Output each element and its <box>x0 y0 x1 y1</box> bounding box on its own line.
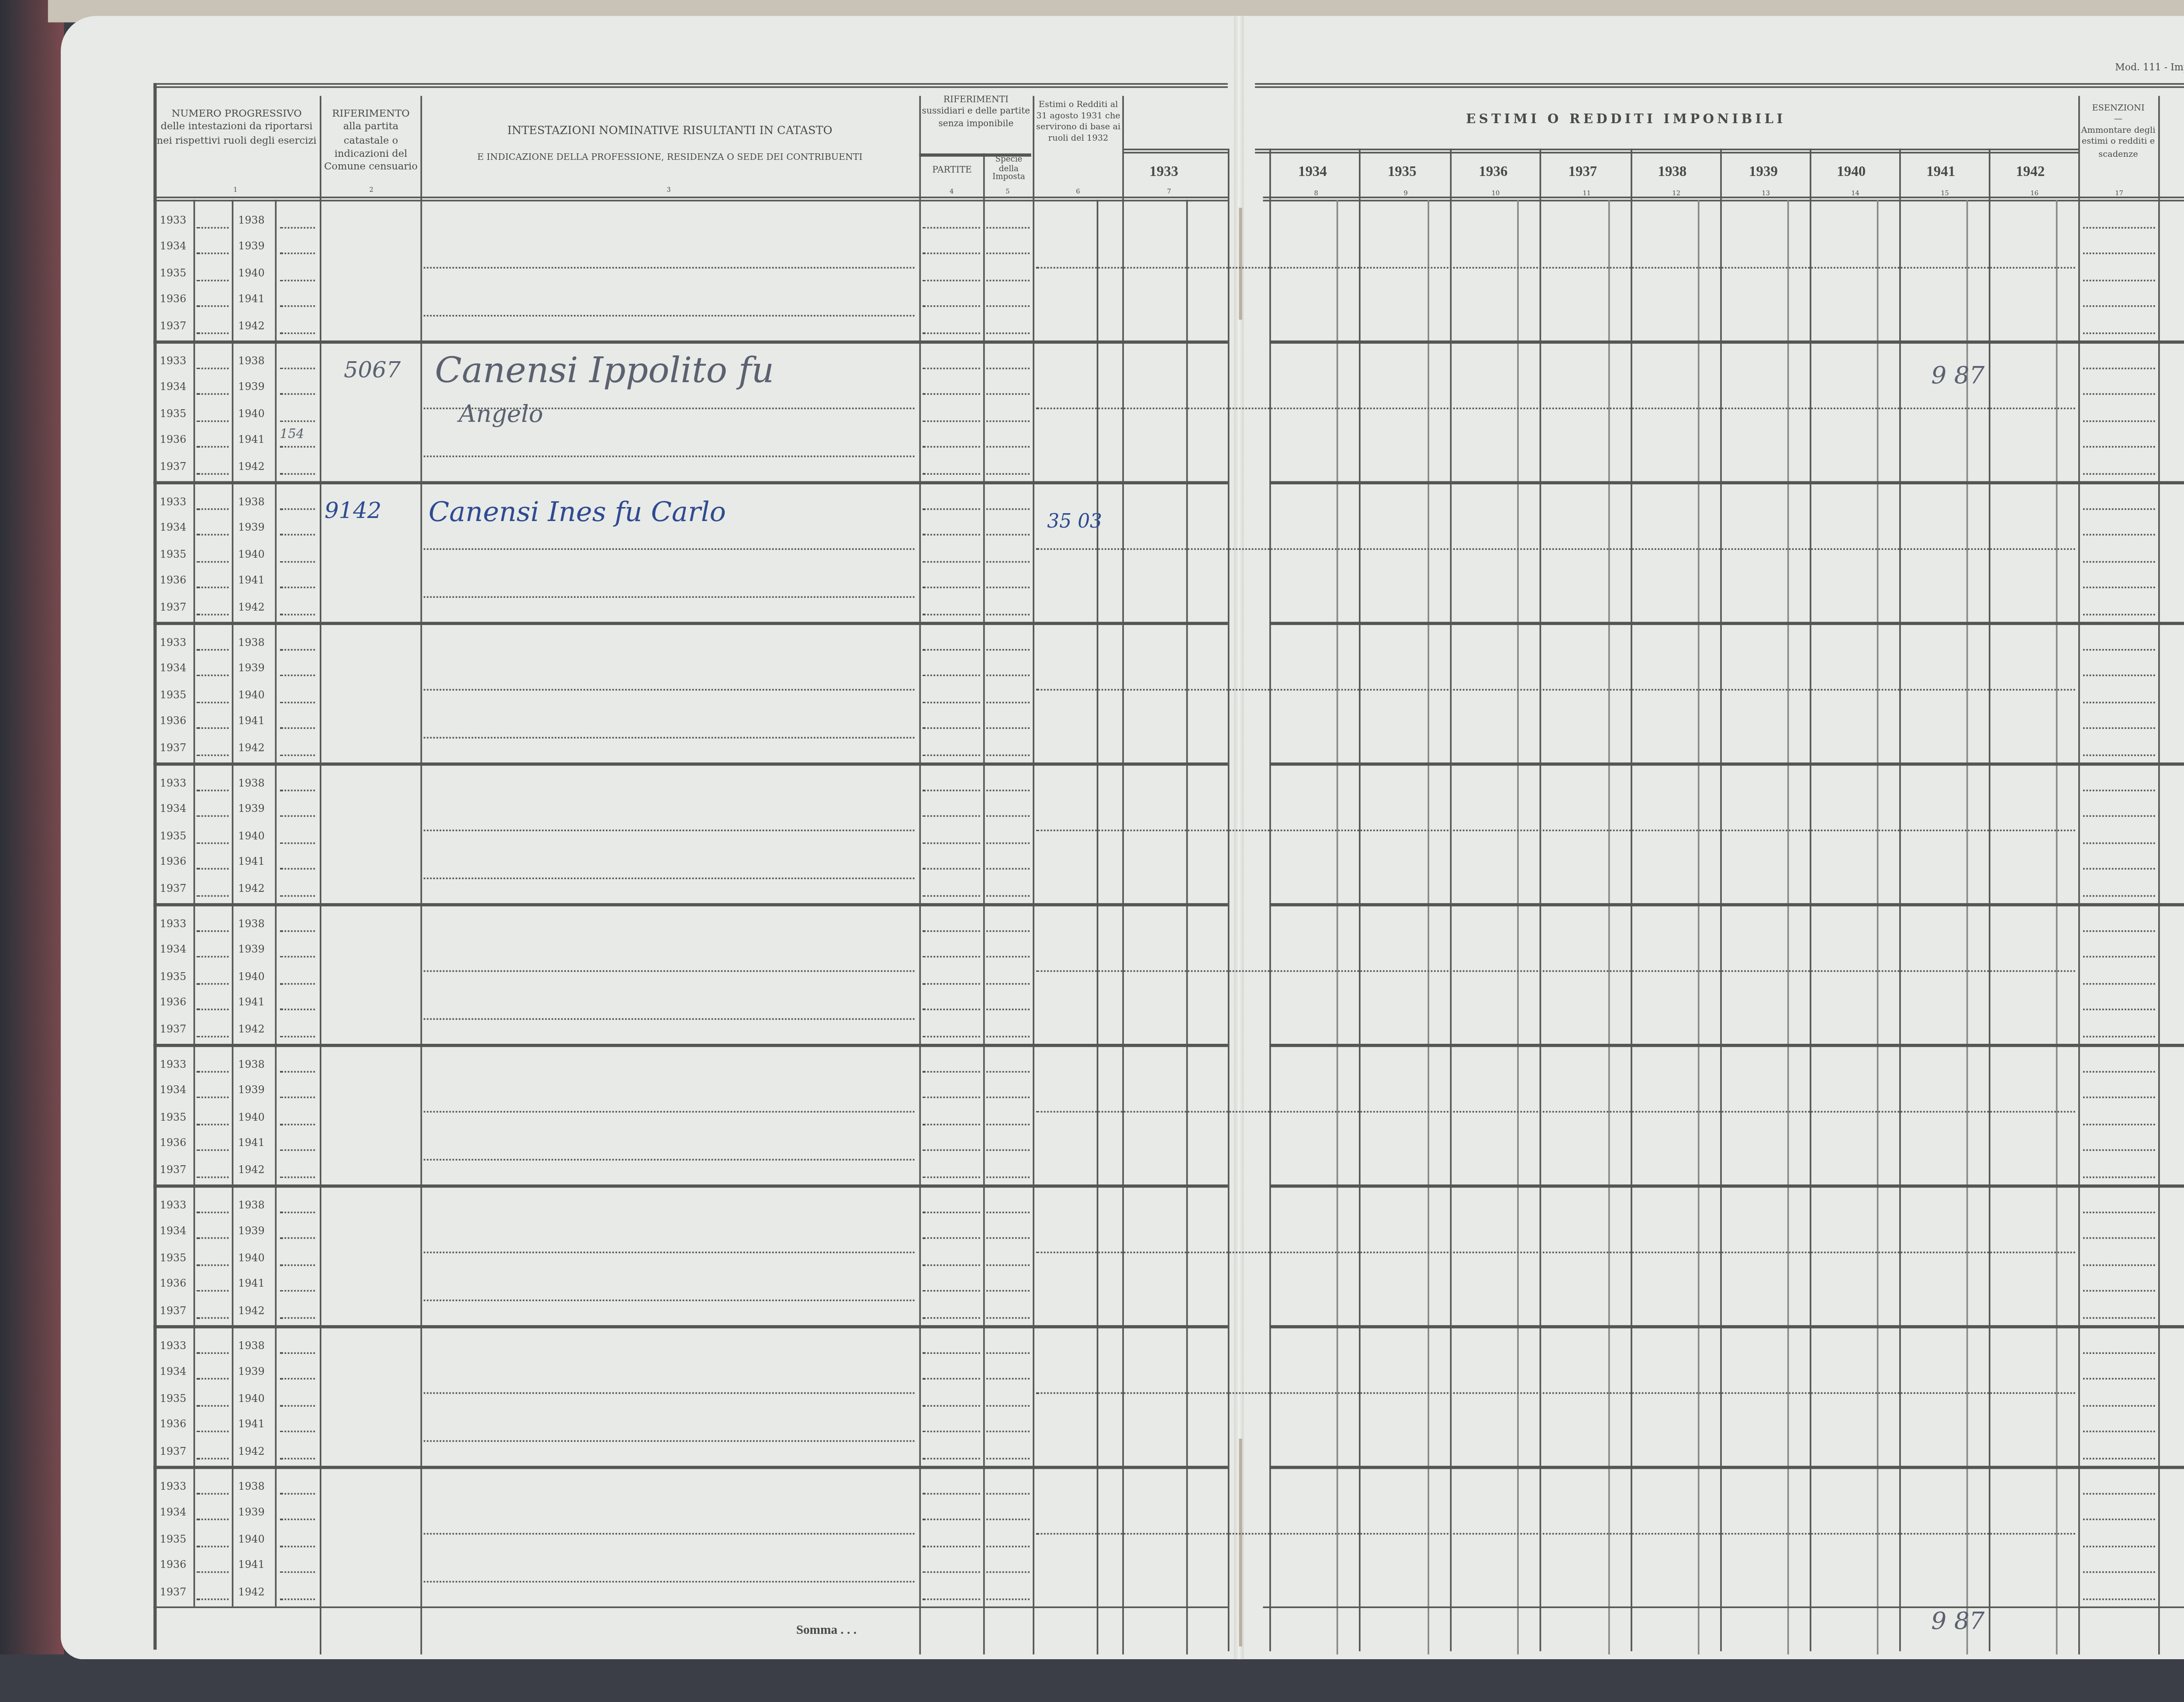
header-col5: Specie della Imposta <box>985 157 1033 183</box>
header-year-1941: 1941 <box>1926 165 1955 179</box>
dotted-line <box>923 306 980 307</box>
header-col17-sub: Ammontare degli estimi o redditi e scade… <box>2080 127 2157 161</box>
header-sub-line-estimi <box>1255 148 2078 153</box>
dotted-line <box>280 1598 315 1600</box>
row-year-right: 1942 <box>238 1446 265 1457</box>
entry-partita: 5067 <box>344 360 401 382</box>
dotted-line <box>197 1519 228 1521</box>
row-year-right: 1939 <box>238 804 265 815</box>
dotted-line <box>2083 790 2155 791</box>
dotted-line <box>923 842 980 844</box>
col-number: 13 <box>1762 190 1770 197</box>
row-year-left: 1936 <box>160 998 187 1008</box>
dotted-line <box>280 473 315 474</box>
dotted-line <box>197 280 228 281</box>
col-number: 7 <box>1167 189 1171 195</box>
dotted-line <box>2083 1123 2155 1125</box>
row-year-left: 1934 <box>160 1086 187 1097</box>
dotted-line <box>197 420 228 422</box>
name-writing-line <box>424 1392 915 1394</box>
row-year-right: 1939 <box>238 242 265 252</box>
row-year-right: 1941 <box>238 1420 265 1430</box>
dotted-line <box>2083 280 2155 281</box>
row-year-right: 1941 <box>238 857 265 867</box>
cents-sep <box>1966 200 1968 1655</box>
name-writing-line <box>424 456 915 457</box>
col-sep <box>1122 96 1124 1655</box>
dotted-line <box>197 508 228 510</box>
row-group-divider <box>153 481 1228 484</box>
dotted-line <box>2083 1009 2155 1011</box>
header-year-1938: 1938 <box>1658 165 1686 179</box>
dotted-line <box>280 1071 315 1073</box>
dotted-line <box>986 1238 1030 1239</box>
row-group-divider <box>1269 481 2184 484</box>
dotted-line <box>2083 1212 2155 1213</box>
dotted-line <box>986 587 1030 589</box>
dotted-line <box>986 1212 1030 1213</box>
row-year-right: 1939 <box>238 1086 265 1097</box>
footer-line <box>1263 1606 2184 1608</box>
row-year-right: 1940 <box>238 972 265 982</box>
row-year-right: 1939 <box>238 945 265 956</box>
form-id: Mod. 111 - Imposte Dirette (Intercalare)… <box>2115 64 2184 73</box>
col-sep <box>2158 96 2160 1655</box>
name-writing-line <box>424 1159 915 1161</box>
header-year-1937: 1937 <box>1568 165 1597 179</box>
dotted-line <box>2083 701 2155 703</box>
dotted-line <box>923 368 980 369</box>
dotted-line <box>2083 446 2155 448</box>
dotted-line <box>280 1545 315 1547</box>
entry-value-col6: 35 03 <box>1047 511 1102 531</box>
col-sep <box>1269 148 1271 1651</box>
row-year-left: 1937 <box>160 1305 187 1316</box>
row-year-left: 1936 <box>160 576 187 586</box>
row-year-left: 1935 <box>160 690 187 701</box>
dotted-line <box>197 561 228 563</box>
dotted-line <box>280 420 315 422</box>
name-writing-line <box>424 1018 915 1020</box>
dotted-line <box>986 868 1030 870</box>
dotted-line <box>2083 1264 2155 1266</box>
dotted-line <box>923 1598 980 1600</box>
dotted-line <box>197 842 228 844</box>
dotted-line <box>923 956 980 958</box>
dotted-line <box>923 1571 980 1573</box>
col-sep <box>421 96 422 1655</box>
dotted-line <box>197 894 228 896</box>
col-number: 16 <box>2030 190 2039 197</box>
dotted-line <box>2083 1290 2155 1292</box>
row-year-right: 1940 <box>238 549 265 560</box>
dotted-line <box>2083 983 2155 984</box>
dotted-line <box>986 368 1030 369</box>
dotted-line <box>986 701 1030 703</box>
row-year-right: 1941 <box>238 716 265 727</box>
dotted-line <box>280 956 315 958</box>
dotted-line <box>197 1545 228 1547</box>
row-year-right: 1938 <box>238 919 265 930</box>
value-writing-line <box>1036 548 2075 550</box>
row-year-left: 1934 <box>160 242 187 252</box>
dotted-line <box>197 983 228 984</box>
dotted-line <box>197 306 228 307</box>
row-year-left: 1937 <box>160 602 187 612</box>
right-page <box>1239 16 2184 1659</box>
row-year-right: 1938 <box>238 497 265 507</box>
col-sep <box>1631 148 1632 1651</box>
row-year-left: 1933 <box>160 778 187 789</box>
cents-sep <box>1427 200 1429 1655</box>
dotted-line <box>197 253 228 255</box>
value-writing-line <box>1036 830 2075 832</box>
binding-thread <box>1239 1439 1242 1647</box>
dotted-line <box>986 1009 1030 1011</box>
name-writing-line <box>424 737 915 739</box>
row-year-right: 1940 <box>238 268 265 279</box>
row-year-right: 1942 <box>238 1165 265 1175</box>
dotted-line <box>280 1290 315 1292</box>
dotted-line <box>280 842 315 844</box>
row-year-left: 1934 <box>160 1508 187 1519</box>
dotted-line <box>280 1009 315 1011</box>
row-year-left: 1936 <box>160 1420 187 1430</box>
dotted-line <box>923 473 980 474</box>
cents-sep <box>1698 200 1700 1655</box>
row-year-left: 1935 <box>160 1394 187 1404</box>
row-year-right: 1941 <box>238 435 265 445</box>
dotted-line <box>923 1545 980 1547</box>
dotted-line <box>2083 1457 2155 1459</box>
header-col1: NUMERO PROGRESSIVO delle intestazioni da… <box>157 109 317 149</box>
dotted-line <box>197 1212 228 1213</box>
dotted-line <box>986 816 1030 818</box>
col-number: 15 <box>1941 190 1949 197</box>
row-year-right: 1938 <box>238 356 265 367</box>
dotted-line <box>923 1431 980 1433</box>
header-col3-sub: E INDICAZIONE DELLA PROFESSIONE, RESIDEN… <box>424 153 916 166</box>
dotted-line <box>197 956 228 958</box>
row-year-left: 1933 <box>160 497 187 507</box>
row-year-right: 1938 <box>238 1482 265 1492</box>
row-year-left: 1933 <box>160 1201 187 1211</box>
dotted-line <box>280 930 315 932</box>
dotted-line <box>923 701 980 703</box>
dotted-line <box>2083 675 2155 677</box>
row-group-divider <box>1269 1466 2184 1469</box>
cents-sep <box>1517 200 1519 1655</box>
row-year-right: 1939 <box>238 1367 265 1378</box>
dotted-line <box>986 1493 1030 1495</box>
dotted-line <box>197 1238 228 1239</box>
row-year-left: 1937 <box>160 1587 187 1597</box>
dotted-line <box>280 446 315 448</box>
name-writing-line <box>424 830 915 832</box>
row-year-left: 1933 <box>160 1060 187 1070</box>
row-year-right: 1942 <box>238 321 265 331</box>
row-year-right: 1941 <box>238 1560 265 1571</box>
dotted-line <box>2083 1316 2155 1318</box>
row-group-divider <box>153 622 1228 625</box>
row-group-divider <box>153 1184 1228 1188</box>
header-year-1940: 1940 <box>1837 165 1866 179</box>
row-year-left: 1936 <box>160 1279 187 1290</box>
dotted-line <box>923 894 980 896</box>
col-number: 2 <box>369 187 373 193</box>
dotted-line <box>197 473 228 474</box>
row-year-right: 1941 <box>238 294 265 305</box>
value-writing-line <box>1036 1533 2075 1535</box>
dotted-line <box>923 1123 980 1125</box>
dotted-line <box>197 868 228 870</box>
row-year-left: 1936 <box>160 1560 187 1571</box>
dotted-line <box>280 227 315 229</box>
dotted-line <box>2083 368 2155 369</box>
value-writing-line <box>1036 1111 2075 1113</box>
row-year-left: 1934 <box>160 945 187 956</box>
col-sep <box>1228 148 1230 1651</box>
dotted-line <box>280 1571 315 1573</box>
name-writing-line <box>424 548 915 550</box>
somma-label: Somma . . . <box>796 1624 857 1637</box>
value-writing-line <box>1036 267 2075 269</box>
col-sep <box>1450 148 1452 1651</box>
dotted-line <box>986 1378 1030 1380</box>
row-group-divider <box>153 1044 1228 1047</box>
col-number: 14 <box>1851 190 1859 197</box>
dotted-line <box>197 675 228 677</box>
dotted-line <box>986 306 1030 307</box>
dotted-line <box>280 1150 315 1151</box>
dotted-line <box>197 368 228 369</box>
row-year-right: 1940 <box>238 831 265 841</box>
dotted-line <box>986 1176 1030 1177</box>
row-year-left: 1934 <box>160 664 187 674</box>
dotted-line <box>280 1519 315 1521</box>
dotted-line <box>986 728 1030 729</box>
row-year-left: 1935 <box>160 1112 187 1123</box>
dotted-line <box>986 894 1030 896</box>
dotted-line <box>280 1352 315 1354</box>
col-number: 12 <box>1672 190 1680 197</box>
dotted-line <box>197 587 228 589</box>
dotted-line <box>280 587 315 589</box>
header-year-1936: 1936 <box>1479 165 1508 179</box>
dotted-line <box>2083 868 2155 870</box>
dotted-line <box>923 1071 980 1073</box>
row-year-right: 1939 <box>238 1227 265 1237</box>
header-col3-title: INTESTAZIONI NOMINATIVE RISULTANTI IN CA… <box>424 124 916 140</box>
header-col4: PARTITE <box>921 166 983 178</box>
dotted-line <box>986 1545 1030 1547</box>
row-year-right: 1939 <box>238 383 265 393</box>
dotted-line <box>280 1264 315 1266</box>
cents-sep <box>1608 200 1610 1655</box>
dotted-line <box>923 1150 980 1151</box>
row-year-left: 1935 <box>160 409 187 419</box>
row-year-left: 1935 <box>160 1534 187 1545</box>
dotted-line <box>197 1352 228 1354</box>
row-year-left: 1937 <box>160 742 187 753</box>
dotted-line <box>2083 587 2155 589</box>
dotted-line <box>197 1035 228 1037</box>
dotted-line <box>923 613 980 615</box>
row-year-left: 1934 <box>160 1227 187 1237</box>
dotted-line <box>986 1431 1030 1433</box>
dotted-line <box>280 894 315 896</box>
dotted-line <box>280 1316 315 1318</box>
entry-name: Canensi Ippolito fu <box>435 355 774 390</box>
row-year-right: 1939 <box>238 664 265 674</box>
row-year-right: 1941 <box>238 1139 265 1149</box>
dotted-line <box>986 473 1030 474</box>
dotted-line <box>2083 1378 2155 1380</box>
dotted-line <box>197 1176 228 1177</box>
dotted-line <box>280 368 315 369</box>
dotted-line <box>986 675 1030 677</box>
header-col7-year: 1933 <box>1150 165 1178 179</box>
dotted-line <box>986 1264 1030 1266</box>
row-group-divider <box>1269 1184 2184 1188</box>
header-col17-dash: — <box>2080 115 2157 127</box>
row-group-divider <box>1269 1044 2184 1047</box>
dotted-line <box>197 701 228 703</box>
name-writing-line <box>424 1300 915 1302</box>
row-year-right: 1938 <box>238 638 265 648</box>
row-year-right: 1942 <box>238 883 265 894</box>
dotted-line <box>986 253 1030 255</box>
row-year-left: 1935 <box>160 831 187 841</box>
dotted-line <box>280 816 315 818</box>
header-col17: ESENZIONI — Ammontare degli estimi o red… <box>2080 104 2157 161</box>
row-year-left: 1936 <box>160 294 187 305</box>
row-year-right: 1940 <box>238 690 265 701</box>
dotted-line <box>986 420 1030 422</box>
dotted-line <box>923 1457 980 1459</box>
dotted-line <box>2083 535 2155 536</box>
row-year-left: 1936 <box>160 857 187 867</box>
dotted-line <box>986 535 1030 536</box>
dotted-line <box>280 701 315 703</box>
dotted-line <box>280 1123 315 1125</box>
header-col2-sub: alla partita catastale o indicazioni del… <box>323 122 419 175</box>
dotted-line <box>197 332 228 334</box>
dotted-line <box>197 613 228 615</box>
dotted-line <box>923 1176 980 1177</box>
dotted-line <box>280 1176 315 1177</box>
book-cover-left <box>0 0 64 1702</box>
dotted-line <box>2083 561 2155 563</box>
row-year-right: 1942 <box>238 1024 265 1035</box>
dotted-line <box>280 1238 315 1239</box>
dotted-line <box>197 1571 228 1573</box>
dotted-line <box>923 1290 980 1292</box>
row-year-right: 1941 <box>238 1279 265 1290</box>
row-year-right: 1939 <box>238 523 265 534</box>
name-writing-line <box>424 267 915 269</box>
dotted-line <box>2083 253 2155 255</box>
dotted-line <box>923 1035 980 1037</box>
dotted-line <box>197 754 228 756</box>
dotted-line <box>2083 613 2155 615</box>
col-sep <box>320 96 321 1655</box>
dotted-line <box>986 790 1030 791</box>
dotted-line <box>2083 332 2155 334</box>
dotted-line <box>280 675 315 677</box>
row-group-divider <box>153 341 1228 344</box>
row-year-left: 1934 <box>160 804 187 815</box>
dotted-line <box>280 1035 315 1037</box>
dotted-line <box>923 280 980 281</box>
dotted-line <box>923 394 980 396</box>
dotted-line <box>986 1457 1030 1459</box>
dotted-line <box>986 754 1030 756</box>
entry-name: Canensi Ines fu Carlo <box>429 501 726 528</box>
col-sep <box>1810 148 1811 1651</box>
frame-left <box>153 83 156 1650</box>
dotted-line <box>2083 1176 2155 1177</box>
row-year-left: 1937 <box>160 321 187 331</box>
dotted-line <box>280 868 315 870</box>
dotted-line <box>280 790 315 791</box>
dotted-line <box>986 1035 1030 1037</box>
dotted-line <box>2083 1405 2155 1406</box>
dotted-line <box>923 816 980 818</box>
dotted-line <box>197 930 228 932</box>
row-year-right: 1942 <box>238 742 265 753</box>
header-sub-line <box>1124 148 1228 153</box>
row-year-right: 1938 <box>238 778 265 789</box>
dotted-line <box>280 1457 315 1459</box>
col-sep <box>919 96 921 1655</box>
row-year-right: 1942 <box>238 1305 265 1316</box>
name-writing-line <box>424 1533 915 1535</box>
row-year-left: 1935 <box>160 549 187 560</box>
dotted-line <box>923 649 980 651</box>
dotted-line <box>2083 728 2155 729</box>
dotted-line <box>2083 842 2155 844</box>
dotted-line <box>986 983 1030 984</box>
row-year-left: 1933 <box>160 216 187 226</box>
col-number: 1 <box>233 187 237 193</box>
dotted-line <box>197 1405 228 1406</box>
dotted-line <box>280 1212 315 1213</box>
dotted-line <box>2083 894 2155 896</box>
entry-name-line2: Angelo <box>459 403 543 427</box>
row-year-right: 1940 <box>238 1394 265 1404</box>
dotted-line <box>2083 1571 2155 1573</box>
dotted-line <box>986 1123 1030 1125</box>
dotted-line <box>197 1123 228 1125</box>
dotted-line <box>280 1378 315 1380</box>
row-year-right: 1939 <box>238 1508 265 1519</box>
name-writing-line <box>424 1581 915 1583</box>
dotted-line <box>923 1316 980 1318</box>
dotted-line <box>923 535 980 536</box>
dotted-line <box>280 332 315 334</box>
dotted-line <box>280 394 315 396</box>
dotted-line <box>986 649 1030 651</box>
footer-line <box>153 1606 1228 1608</box>
dotted-line <box>986 1598 1030 1600</box>
dotted-line <box>197 1009 228 1011</box>
row-year-right: 1940 <box>238 409 265 419</box>
col-sep <box>1720 148 1722 1651</box>
dotted-line <box>923 1097 980 1099</box>
dotted-line <box>923 1264 980 1266</box>
row-year-left: 1935 <box>160 972 187 982</box>
